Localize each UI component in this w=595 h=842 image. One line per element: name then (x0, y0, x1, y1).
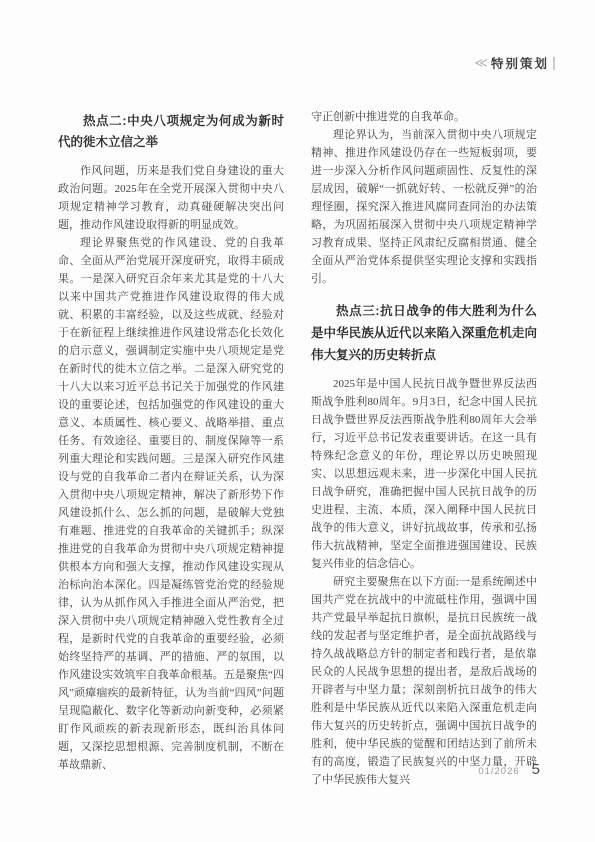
header-divider (553, 57, 555, 70)
heading-hotspot-3: 热点三:抗日战争的伟大胜利为什么是中华民族从近代以来陷入深重危机走向伟大复兴的历… (311, 300, 537, 366)
page-footer: 01/2026 5 (478, 761, 540, 778)
text-columns: 热点二:中央八项规定为何成为新时代的徙木立信之举 作风问题，历来是我们党自身建设… (58, 108, 537, 792)
paragraph-continuation: 守正创新中推进党的自我革命。 (311, 108, 537, 126)
paragraph-research-summary: 理论界聚焦党的作风建设、党的自我革命、全面从严治党展开深度研究，取得丰硕成果。一… (58, 234, 284, 774)
paragraph-anniversary: 2025年是中国人民抗日战争暨世界反法西斯战争胜利80周年。9月3日，纪念中国人… (311, 375, 537, 573)
paragraph-intro: 作风问题，历来是我们党自身建设的重大政治问题。2025年在全党开展深入贯彻中央八… (58, 162, 284, 234)
paragraph-theory-view: 理论界认为，当前深入贯彻中央八项规定精神、推进作风建设仍存在一些短板弱项，要进一… (311, 126, 537, 288)
magazine-page: ≪ 特别策划 热点二:中央八项规定为何成为新时代的徙木立信之举 作风问题，历来是… (0, 0, 595, 842)
heading-hotspot-2: 热点二:中央八项规定为何成为新时代的徙木立信之举 (58, 111, 284, 153)
left-column: 热点二:中央八项规定为何成为新时代的徙木立信之举 作风问题，历来是我们党自身建设… (58, 108, 284, 792)
page-header: ≪ 特别策划 (474, 54, 555, 72)
section-label: 特别策划 (491, 54, 549, 72)
paragraph-research-focus: 研究主要聚焦在以下方面:一是系统阐述中国共产党在抗战中的中流砥柱作用，强调中国共… (311, 573, 537, 789)
right-column: 守正创新中推进党的自我革命。 理论界认为，当前深入贯彻中央八项规定精神、推进作风… (311, 108, 537, 792)
page-number: 5 (532, 761, 540, 778)
double-chevron-left-icon: ≪ (474, 55, 488, 71)
issue-label: 01/2026 (478, 766, 519, 777)
